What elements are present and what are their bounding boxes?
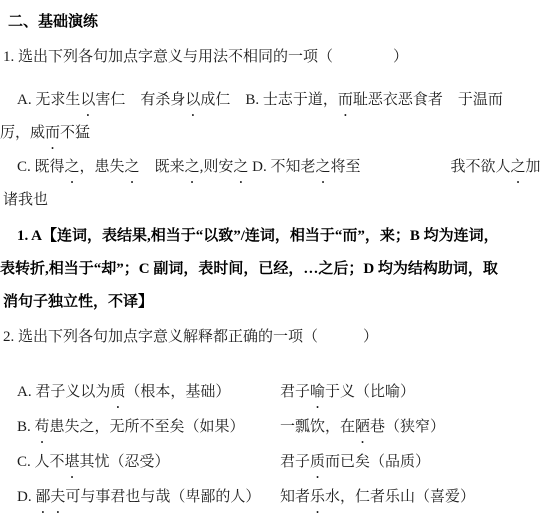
question-1-answer-line-3: 消句子独立性，不译】: [3, 292, 153, 312]
option-a-left: A. 君子义以为质（根本，基础）: [17, 382, 280, 402]
question-1-stem: 1. 选出下列各句加点字意义与用法不相同的一项（ ）: [3, 47, 408, 67]
question-1-answer-line-1: 1. A【连词，表结果,相当于“以致”/连词，相当于“而”，来；B 均为连词，: [17, 226, 499, 246]
question-1-options-cd-continuation: 诸我也: [3, 190, 48, 210]
question-2-option-d: D. 鄙夫可与事君也与哉（卑鄙的人） 知者乐水，仁者乐山（喜爱）: [17, 487, 475, 507]
worksheet-page: 二、基础演练 1. 选出下列各句加点字意义与用法不相同的一项（ ） A. 无求生…: [0, 0, 554, 524]
option-b-left: B. 苟患失之，无所不至矣（如果）: [17, 417, 280, 437]
option-c-right: 君子质而已矣（品质）: [280, 452, 430, 472]
question-1-options-ab: A. 无求生以害仁 有杀身以成仁 B. 士志于道，而耻恶衣恶食者 于温而: [17, 90, 503, 110]
question-1-options-cd: C. 既得之，患失之 既来之,则安之 D. 不知老之将至 我不欲人之加: [17, 157, 541, 177]
question-2-option-c: C. 人不堪其忧（忍受） 君子质而已矣（品质）: [17, 452, 430, 472]
option-b-right: 一瓢饮，在陋巷（狭窄）: [280, 417, 445, 437]
question-2-option-b: B. 苟患失之，无所不至矣（如果） 一瓢饮，在陋巷（狭窄）: [17, 417, 445, 437]
option-c-left: C. 人不堪其忧（忍受）: [17, 452, 280, 472]
option-d-left: D. 鄙夫可与事君也与哉（卑鄙的人）: [17, 487, 280, 507]
question-1-answer-line-2: 表转折,相当于“却”；C 副词，表时间，已经，…之后；D 均为结构助词，取: [0, 259, 498, 279]
section-heading: 二、基础演练: [8, 12, 98, 32]
question-2-option-a: A. 君子义以为质（根本，基础） 君子喻于义（比喻）: [17, 382, 415, 402]
question-2-stem: 2. 选出下列各句加点字意义解释都正确的一项（ ）: [3, 327, 378, 347]
option-d-right: 知者乐水，仁者乐山（喜爱）: [280, 487, 475, 507]
option-a-right: 君子喻于义（比喻）: [280, 382, 415, 402]
question-1-options-ab-continuation: 厉，威而不猛: [0, 123, 90, 143]
